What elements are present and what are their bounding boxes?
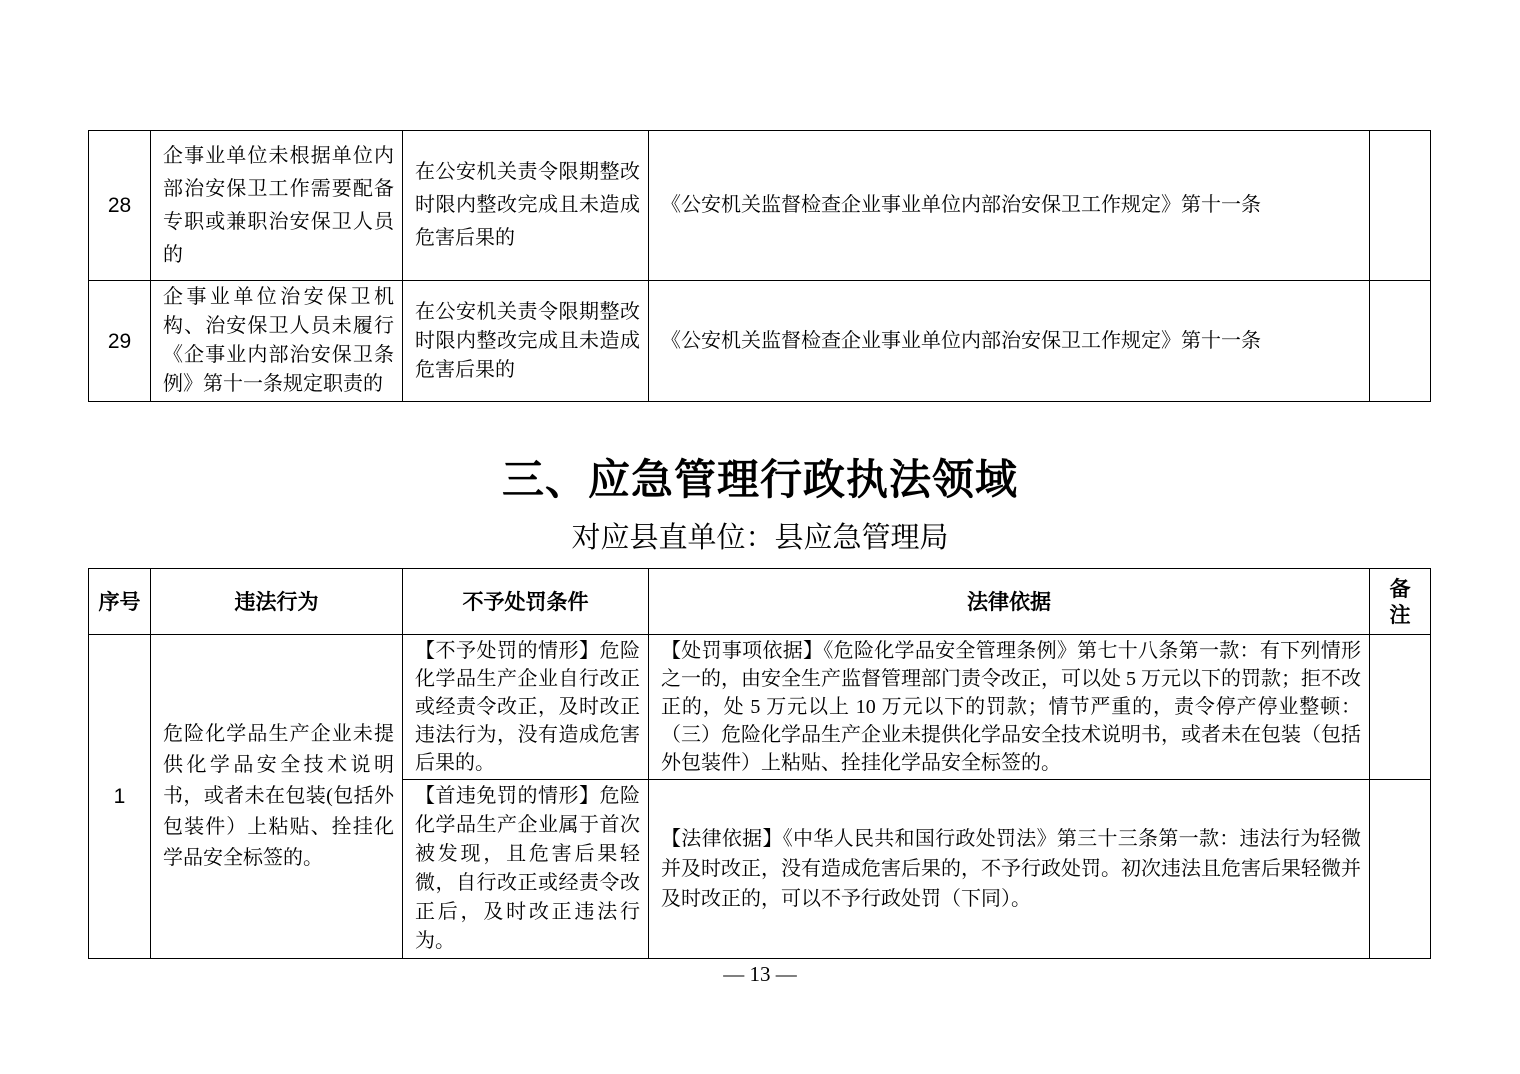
header-behavior: 违法行为 [151,569,403,635]
condition-cell: 在公安机关责令限期整改时限内整改完成且未造成危害后果的 [403,131,649,281]
note-cell [1370,131,1431,281]
row-number-cell: 29 [89,281,151,402]
header-condition: 不予处罚条件 [403,569,649,635]
condition-cell: 在公安机关责令限期整改时限内整改完成且未造成危害后果的 [403,281,649,402]
note-cell [1370,281,1431,402]
condition-no-penalty-cell: 【不予处罚的情形】危险化学品生产企业自行改正或经责令改正，及时改正违法行为，没有… [403,635,649,780]
header-legal: 法律依据 [649,569,1370,635]
note-cell [1370,635,1431,780]
behavior-cell: 危险化学品生产企业未提供化学品安全技术说明书，或者未在包装(包括外包装件）上粘贴… [151,635,403,959]
legal-basis-cell: 《公安机关监督检查企业事业单位内部治安保卫工作规定》第十一条 [649,131,1370,281]
header-note: 备注 [1370,569,1431,635]
legal-basis-cell: 【法律依据】《中华人民共和国行政处罚法》第三十三条第一款：违法行为轻微并及时改正… [649,780,1370,959]
row-number-cell: 1 [89,635,151,959]
row-number-cell: 28 [89,131,151,281]
header-no: 序号 [89,569,151,635]
continuation-table: 28 企事业单位未根据单位内部治安保卫工作需要配备专职或兼职治安保卫人员的 在公… [88,130,1431,402]
document-page: 28 企事业单位未根据单位内部治安保卫工作需要配备专职或兼职治安保卫人员的 在公… [0,0,1520,1074]
note-cell [1370,780,1431,959]
table-row-28: 28 企事业单位未根据单位内部治安保卫工作需要配备专职或兼职治安保卫人员的 在公… [89,131,1431,281]
table-row-1a: 1 危险化学品生产企业未提供化学品安全技术说明书，或者未在包装(包括外包装件）上… [89,635,1431,780]
behavior-cell: 企事业单位未根据单位内部治安保卫工作需要配备专职或兼职治安保卫人员的 [151,131,403,281]
page-number: — 13 — [0,962,1520,987]
legal-penalty-basis-cell: 【处罚事项依据】《危险化学品安全管理条例》第七十八条第一款：有下列情形之一的，由… [649,635,1370,780]
legal-basis-cell: 《公安机关监督检查企业事业单位内部治安保卫工作规定》第十一条 [649,281,1370,402]
section-title: 三、应急管理行政执法领域 [0,455,1520,505]
behavior-cell: 企事业单位治安保卫机构、治安保卫人员未履行《企事业内部治安保卫条例》第十一条规定… [151,281,403,402]
section-subtitle: 对应县直单位：县应急管理局 [0,519,1520,557]
enforcement-table: 序号 违法行为 不予处罚条件 法律依据 备注 1 危险化学品生产企业未提供化学品… [88,568,1431,959]
condition-first-violation-cell: 【首违免罚的情形】危险化学品生产企业属于首次被发现，且危害后果轻微，自行改正或经… [403,780,649,959]
table-header-row: 序号 违法行为 不予处罚条件 法律依据 备注 [89,569,1431,635]
table-row-29: 29 企事业单位治安保卫机构、治安保卫人员未履行《企事业内部治安保卫条例》第十一… [89,281,1431,402]
